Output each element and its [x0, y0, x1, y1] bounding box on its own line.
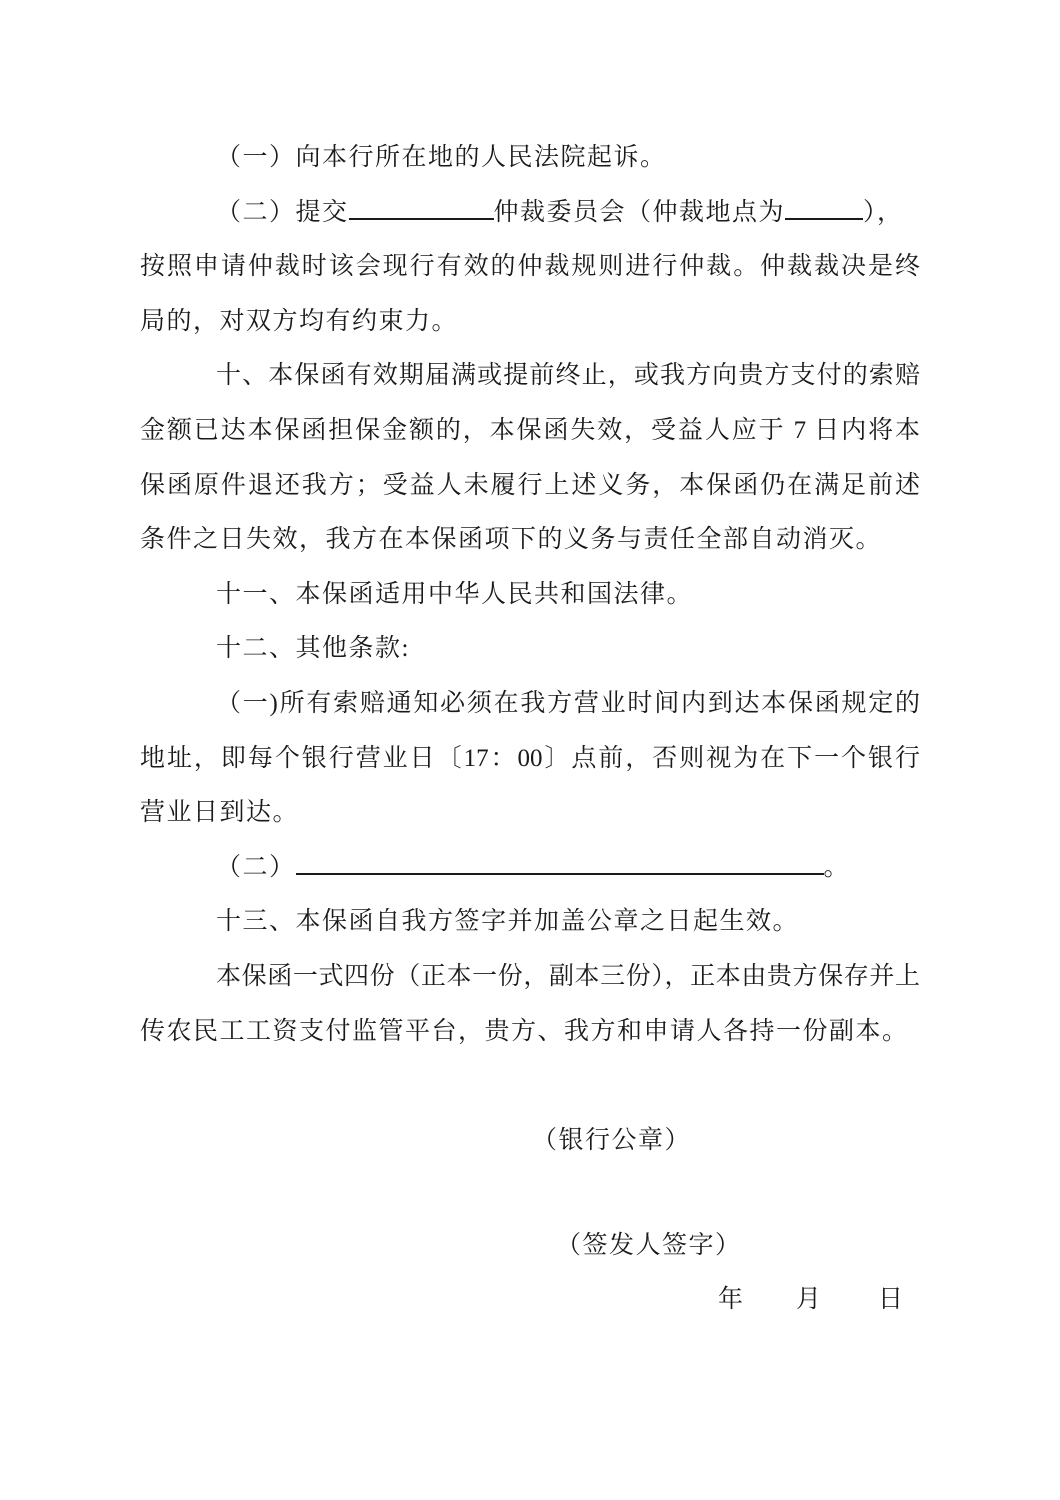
clause-13-effective-date: 十三、本保函自我方签字并加盖公章之日起生效。	[140, 895, 920, 950]
bank-seal-label: （银行公章）	[532, 1126, 691, 1156]
clause-text: 。	[824, 854, 851, 881]
clause-sub2-continuation: 按照申请仲裁时该会现行有效的仲裁规则进行仲裁。仲裁裁决是终	[140, 240, 920, 295]
clause-text: （二）提交	[216, 199, 349, 226]
clause-12-sub1-continuation: 地址，即每个银行营业日〔17：00〕点前，否则视为在下一个银行	[140, 732, 920, 787]
clause-10-continuation: 金额已达本保函担保金额的，本保函失效，受益人应于 7 日内将本	[140, 404, 920, 459]
clause-12-other-terms: 十二、其他条款:	[140, 622, 920, 677]
date-day-label: 日	[878, 1285, 903, 1315]
clause-10-continuation: 保函原件退还我方；受益人未履行上述义务，本保函仍在满足前述	[140, 459, 920, 514]
clause-10-expiry: 十、本保函有效期届满或提前终止，或我方向贵方支付的索赔	[140, 349, 920, 404]
clause-text: （二）	[216, 854, 296, 881]
clause-sub2-arbitration: （二）提交仲裁委员会（仲裁地点为），	[140, 186, 920, 241]
clause-11-governing-law: 十一、本保函适用中华人民共和国法律。	[140, 568, 920, 623]
clause-sub2-continuation: 局的，对双方均有约束力。	[140, 295, 920, 350]
document-body: （一）向本行所在地的人民法院起诉。 （二）提交仲裁委员会（仲裁地点为）， 按照申…	[140, 131, 920, 1059]
fill-in-blank-arbitration-place	[785, 192, 863, 220]
clause-12-sub1-continuation: 营业日到达。	[140, 786, 920, 841]
clause-12-sub1-claim-notice: （一)所有索赔通知必须在我方营业时间内到达本保函规定的	[140, 677, 920, 732]
clause-text: 仲裁委员会（仲裁地点为	[494, 199, 786, 226]
issuer-signature-label: （签发人签字）	[556, 1231, 742, 1261]
date-month-label: 月	[796, 1285, 821, 1315]
copies-paragraph: 本保函一式四份（正本一份，副本三份），正本由贵方保存并上	[140, 950, 920, 1005]
clause-12-sub2-blank: （二）。	[140, 841, 920, 896]
date-year-label: 年	[718, 1285, 743, 1315]
fill-in-blank-other-term	[296, 847, 824, 875]
clause-10-continuation: 条件之日失效，我方在本保函项下的义务与责任全部自动消灭。	[140, 513, 920, 568]
clause-sub1-litigation: （一）向本行所在地的人民法院起诉。	[140, 131, 920, 186]
copies-paragraph-continuation: 传农民工工资支付监管平台，贵方、我方和申请人各持一份副本。	[140, 1005, 920, 1060]
fill-in-blank-arbitration-commission	[349, 192, 494, 220]
document-page: （一）向本行所在地的人民法院起诉。 （二）提交仲裁委员会（仲裁地点为）， 按照申…	[0, 0, 1060, 1500]
clause-text: ），	[863, 199, 904, 226]
